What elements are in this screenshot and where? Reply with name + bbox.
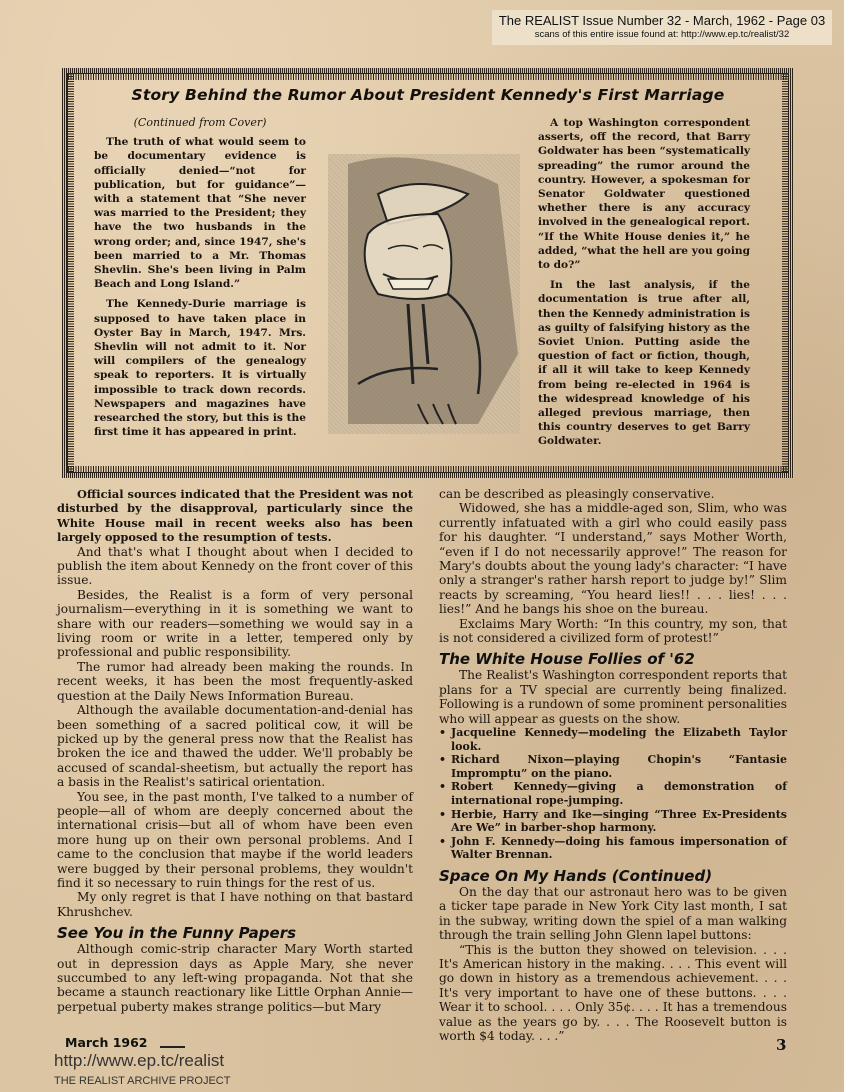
left-column: Official sources indicated that the Pres… [57, 487, 413, 1014]
paragraph: “This is the button they showed on telev… [439, 943, 787, 1044]
footer-divider [160, 1046, 185, 1048]
archive-title: The REALIST Issue Number 32 - March, 196… [498, 13, 826, 29]
paragraph: The rumor had already been making the ro… [57, 660, 413, 703]
paragraph: My only regret is that I have nothing on… [57, 890, 413, 919]
paragraph: Widowed, she has a middle-aged son, Slim… [439, 501, 787, 616]
paragraph: Although the available documentation-and… [57, 703, 413, 789]
boxed-story: Story Behind the Rumor About President K… [62, 68, 794, 478]
paragraph: And that's what I thought about when I d… [57, 545, 413, 588]
section-heading-white-house-follies: The White House Follies of '62 [439, 651, 787, 668]
follies-guest-list: Jacqueline Kennedy—modeling the Elizabet… [439, 726, 787, 862]
boxed-story-left-column: (Continued from Cover) The truth of what… [94, 116, 306, 445]
list-item: Herbie, Harry and Ike—singing “Three Ex-… [439, 808, 787, 835]
page-number: 3 [776, 1036, 786, 1054]
list-item: Jacqueline Kennedy—modeling the Elizabet… [439, 726, 787, 753]
paragraph: On the day that our astronaut hero was t… [439, 885, 787, 943]
continued-note: (Continued from Cover) [94, 116, 306, 130]
paragraph: Exclaims Mary Worth: “In this country, m… [439, 617, 787, 646]
archive-url-link[interactable]: http://www.ep.tc/realist [54, 1051, 224, 1071]
paragraph: The truth of what would seem to be docum… [94, 135, 306, 291]
paragraph: In the last analysis, if the documentati… [538, 278, 750, 448]
boxed-story-right-column: A top Washington correspondent asserts, … [538, 116, 750, 455]
list-item: Robert Kennedy—giving a demonstration of… [439, 780, 787, 807]
issue-date: March 1962 [65, 1035, 148, 1050]
list-item: Richard Nixon—playing Chopin's “Fantasie… [439, 753, 787, 780]
archive-project-label: THE REALIST ARCHIVE PROJECT [54, 1075, 230, 1087]
archive-source-link[interactable]: scans of this entire issue found at: htt… [498, 29, 826, 41]
kennedy-caricature-illustration [328, 154, 520, 434]
archive-header: The REALIST Issue Number 32 - March, 196… [492, 10, 832, 45]
list-item: John F. Kennedy—doing his famous imperso… [439, 835, 787, 862]
paragraph: Official sources indicated that the Pres… [57, 487, 413, 545]
paragraph: Besides, the Realist is a form of very p… [57, 588, 413, 660]
right-column: can be described as pleasingly conservat… [439, 487, 787, 1044]
paragraph: can be described as pleasingly conservat… [439, 487, 787, 501]
section-heading-space-on-my-hands: Space On My Hands (Continued) [439, 868, 787, 885]
boxed-story-title: Story Behind the Rumor About President K… [68, 86, 788, 104]
paragraph: You see, in the past month, I've talked … [57, 790, 413, 891]
paragraph: The Kennedy-Durie marriage is supposed t… [94, 297, 306, 439]
paragraph: The Realist's Washington correspondent r… [439, 668, 787, 726]
caricature-icon [328, 154, 520, 434]
paragraph: A top Washington correspondent asserts, … [538, 116, 750, 272]
section-heading-funny-papers: See You in the Funny Papers [57, 925, 413, 942]
paragraph: Although comic-strip character Mary Wort… [57, 942, 413, 1014]
